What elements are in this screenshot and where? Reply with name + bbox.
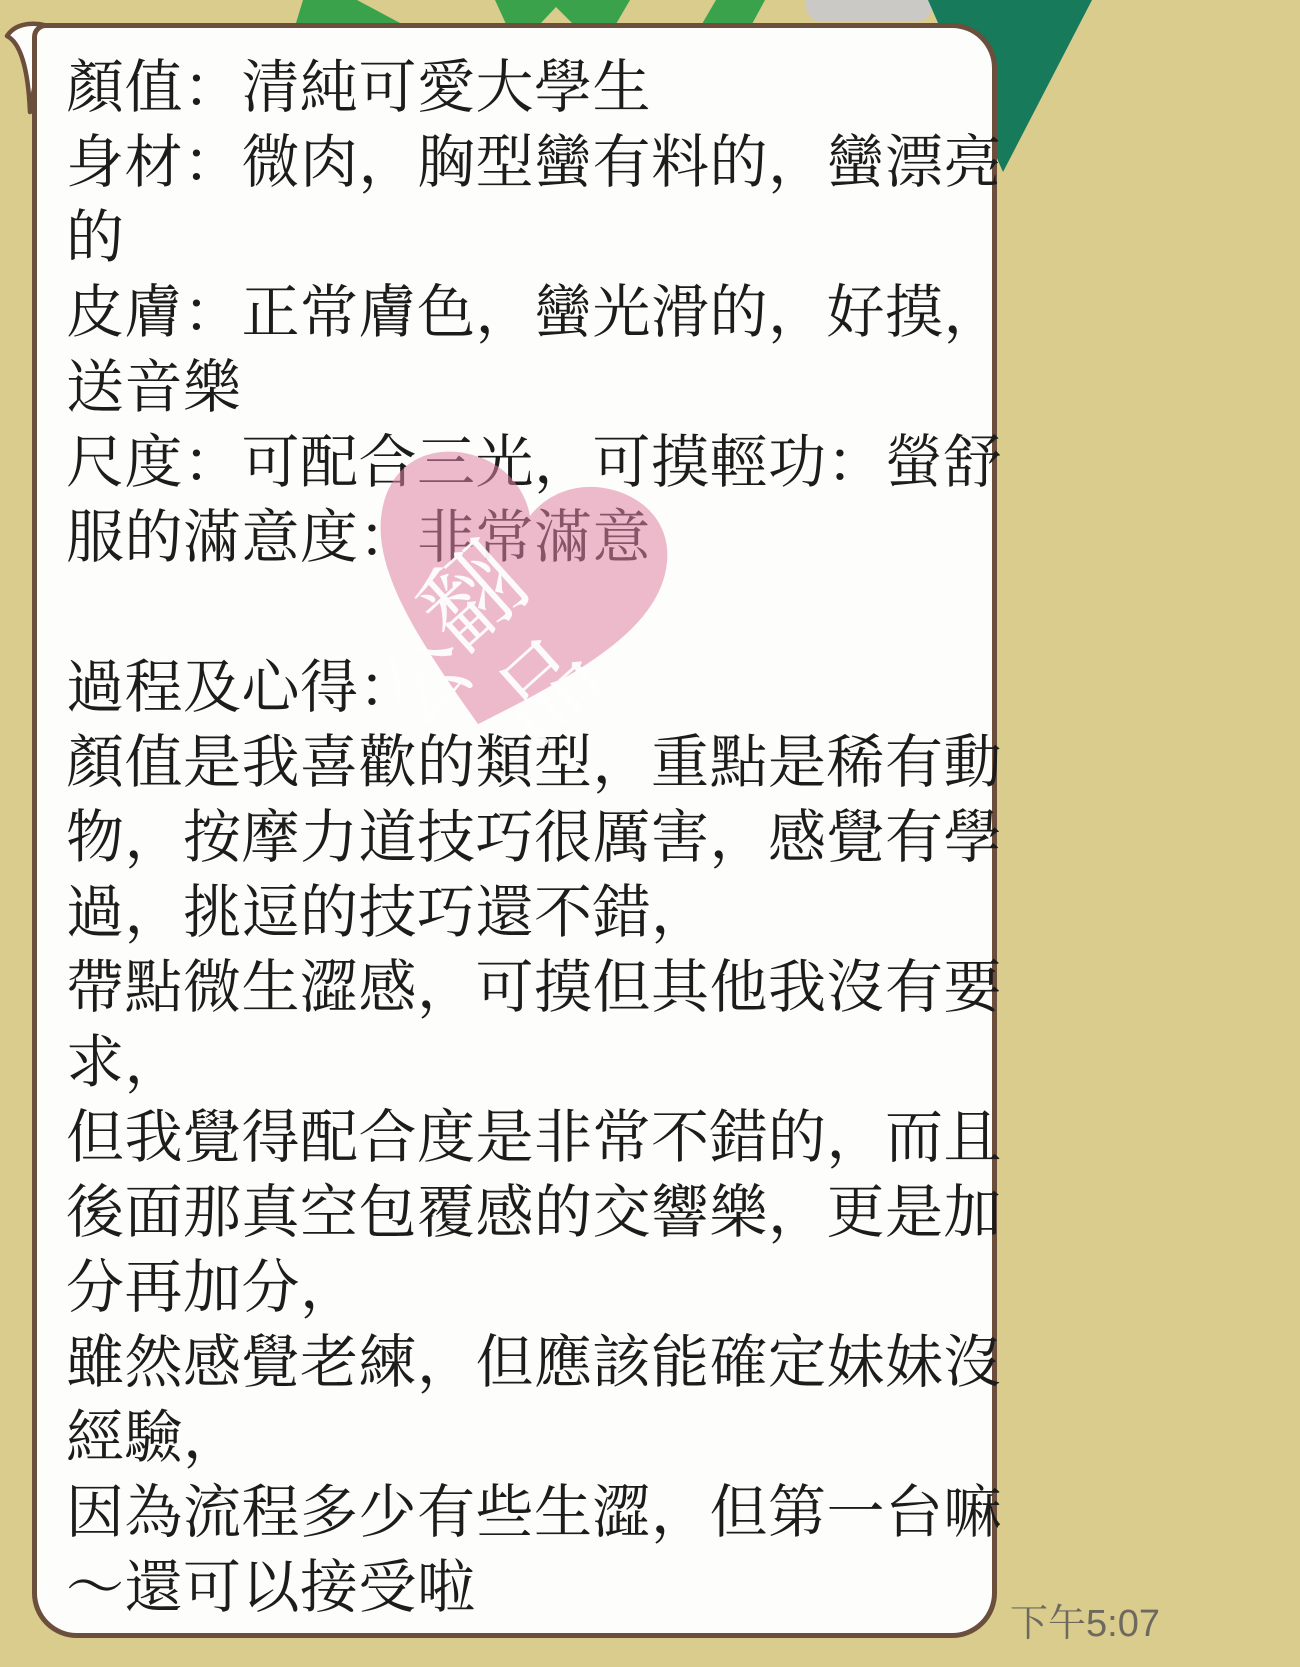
message-line: 後面那真空包覆感的交響樂，更是加 [66, 1175, 974, 1250]
message-line: 帶點微生澀感，可摸但其他我沒有要 [66, 950, 974, 1025]
message-line: 身材：微肉，胸型蠻有料的，蠻漂亮 [66, 125, 974, 200]
notched-leaf-icon [495, 0, 630, 24]
message-line: 皮膚：正常膚色，蠻光滑的，好摸， [66, 275, 974, 350]
message-text: 顏值：清純可愛大學生 身材：微肉，胸型蠻有料的，蠻漂亮 的 皮膚：正常膚色，蠻光… [37, 28, 992, 1633]
message-line: 但我覺得配合度是非常不錯的，而且 [66, 1100, 974, 1175]
message-timestamp: 下午5:07 [1010, 1592, 1160, 1647]
message-line: 尺度：可配合三光，可摸輕功：螢舒 [66, 425, 974, 500]
message-line: ～還可以接受啦 [66, 1550, 974, 1625]
chat-message-bubble[interactable]: 顏值：清純可愛大學生 身材：微肉，胸型蠻有料的，蠻漂亮 的 皮膚：正常膚色，蠻光… [32, 23, 997, 1638]
leaf-shape-icon [296, 0, 400, 23]
message-line: 送音樂 [66, 350, 974, 425]
message-line: 分再加分， [66, 1250, 974, 1325]
message-line: 物，按摩力道技巧很厲害，感覺有學 [66, 800, 974, 875]
message-line: 經驗， [66, 1400, 974, 1475]
message-line: 服的滿意度：非常滿意 [66, 500, 974, 575]
message-line: 因為流程多少有些生澀，但第一台嘛 [66, 1475, 974, 1550]
leaf-stem-icon [702, 0, 765, 24]
message-line: 過程及心得： [66, 650, 974, 725]
message-line: 的 [66, 200, 974, 275]
message-line: 雖然感覺老練，但應該能確定妹妹沒 [66, 1325, 974, 1400]
message-line [66, 575, 974, 650]
gray-blob-icon [806, 0, 932, 22]
message-line: 求， [66, 1025, 974, 1100]
chat-background: 顏值：清純可愛大學生 身材：微肉，胸型蠻有料的，蠻漂亮 的 皮膚：正常膚色，蠻光… [0, 0, 1300, 1667]
message-line: 顏值：清純可愛大學生 [66, 50, 974, 125]
message-line: 顏值是我喜歡的類型，重點是稀有動 [66, 725, 974, 800]
message-line: 過，挑逗的技巧還不錯， [66, 875, 974, 950]
